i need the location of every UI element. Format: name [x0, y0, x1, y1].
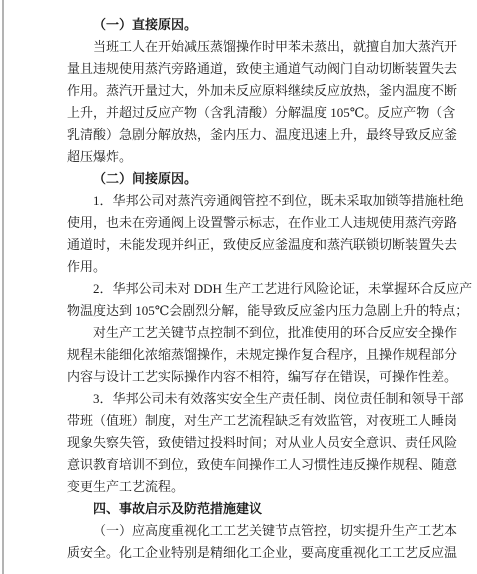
text-line: 质安全。化工企业特别是精细化工企业，要高度重视化工工艺反应温 [67, 542, 461, 564]
text-line: 现象失察失管，致使错过投料时间；对从业人员安全意识、责任风险 [67, 432, 461, 454]
text-line: 作用。 [67, 256, 461, 278]
text-line: 当班工人在开始减压蒸馏操作时甲苯未蒸出，就擅自加大蒸汽开 [67, 36, 461, 58]
section-heading-indirect-cause: （二）间接原因。 [67, 168, 461, 190]
text-line: 量且违规使用蒸汽旁路通道，致使主通道气动阀门自动切断装置失去 [67, 58, 461, 80]
document-page: { "page": { "background_color": "#ffffff… [0, 0, 477, 574]
text-line: 规程未能细化浓缩蒸馏操作，未规定操作复合程序，且操作规程部分 [67, 344, 461, 366]
text-line: 乳清酸）急剧分解放热，釜内压力、温度迅速上升，最终导致反应釜 [67, 124, 461, 146]
text-line: 通道时，未能发现并纠正，致使反应釜温度和蒸汽联锁切断装置失去 [67, 234, 461, 256]
text-line: 物温度达到 105℃会剧烈分解，能导致反应釜内压力急剧上升的特点； [67, 300, 461, 322]
page-left-border [2, 0, 4, 574]
text-line: 带班（值班）制度，对生产工艺流程缺乏有效监管，对夜班工人睡岗 [67, 410, 461, 432]
text-line: 对生产工艺关键节点控制不到位，批准使用的环合反应安全操作 [67, 322, 461, 344]
text-line: 变更生产工艺流程。 [67, 476, 461, 498]
text-line: 意识教育培训不到位，致使车间操作工人习惯性违反操作规程、随意 [67, 454, 461, 476]
section-heading-lessons-and-measures: 四、事故启示及防范措施建议 [67, 498, 461, 520]
text-line: 2．华邦公司未对 DDH 生产工艺进行风险论证，未掌握环合反应产 [67, 278, 461, 300]
document-text-block: （一）直接原因。 当班工人在开始减压蒸馏操作时甲苯未蒸出，就擅自加大蒸汽开 量且… [67, 14, 461, 564]
text-line: 内容与设计工艺实际操作内容不相符，编写存在错误，可操作性差。 [67, 366, 461, 388]
section-heading-direct-cause: （一）直接原因。 [67, 14, 461, 36]
text-line: 上升，并超过反应产物（含乳清酸）分解温度 105℃。反应产物（含 [67, 102, 461, 124]
text-line: 1．华邦公司对蒸汽旁通阀管控不到位，既未采取加锁等措施杜绝 [67, 190, 461, 212]
text-line: 使用，也未在旁通阀上设置警示标志，在作业工人违规使用蒸汽旁路 [67, 212, 461, 234]
text-line: 3．华邦公司未有效落实安全生产责任制、岗位责任制和领导干部 [67, 388, 461, 410]
text-line: （一）应高度重视化工工艺关键节点管控，切实提升生产工艺本 [67, 520, 461, 542]
text-line: 超压爆炸。 [67, 146, 461, 168]
text-line: 作用。蒸汽开量过大，外加未反应原料继续反应放热，釜内温度不断 [67, 80, 461, 102]
